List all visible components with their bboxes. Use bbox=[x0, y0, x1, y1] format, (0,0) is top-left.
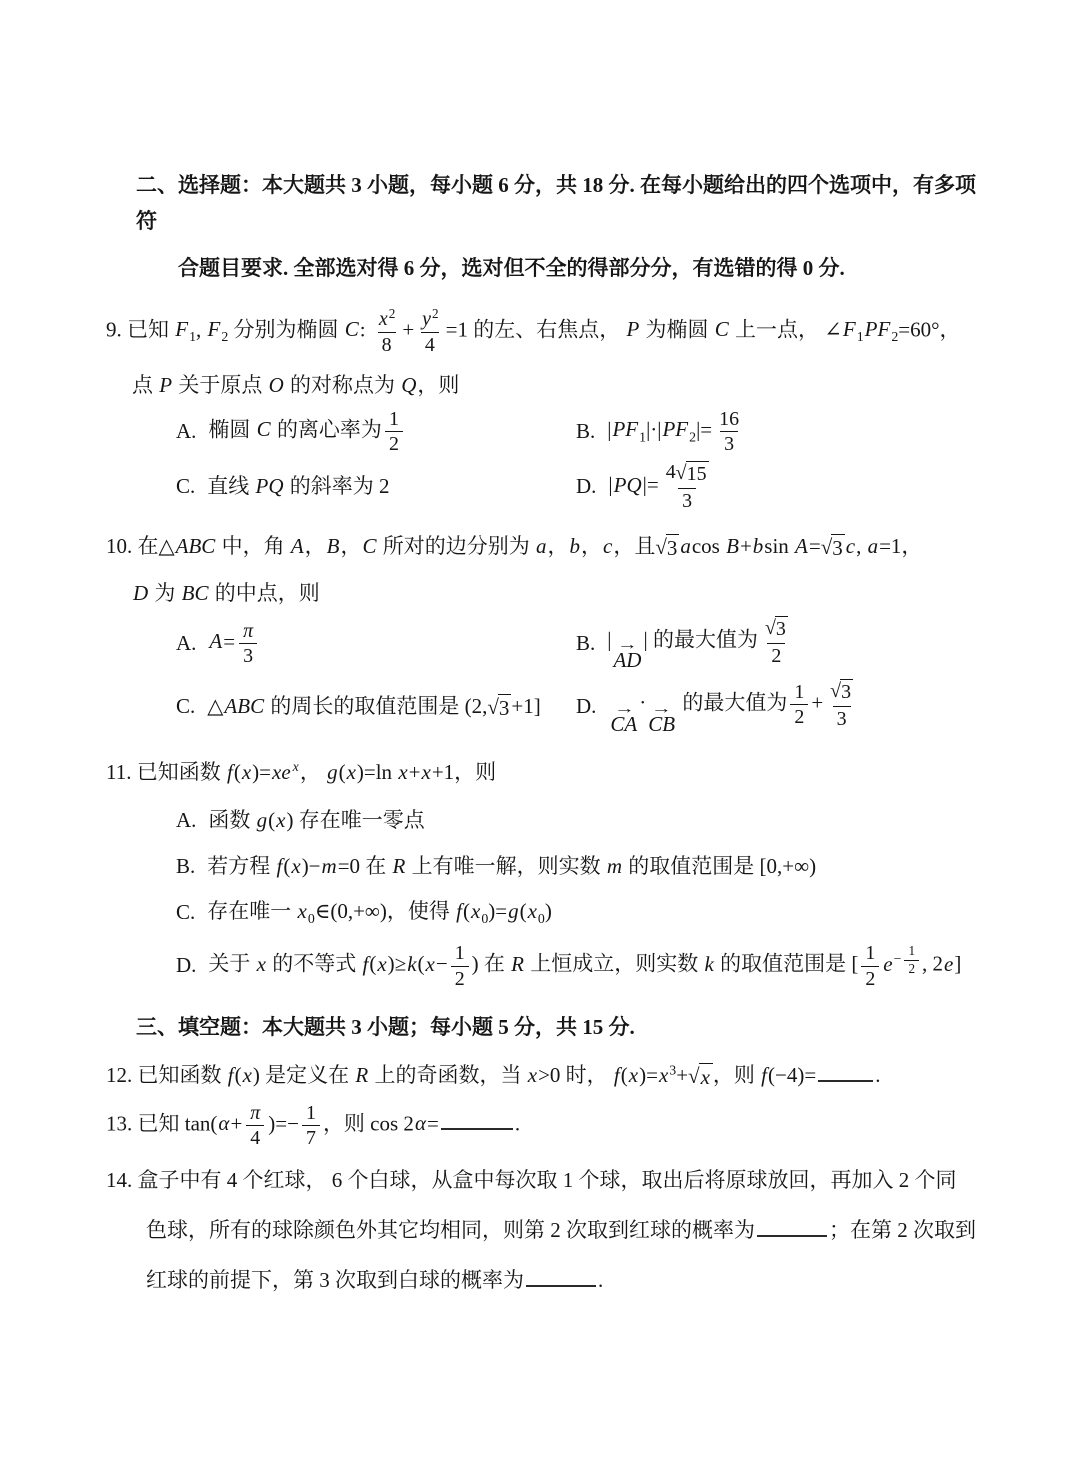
math-variable: f bbox=[613, 1063, 621, 1087]
sqrt: √3 bbox=[830, 679, 853, 705]
question-10-line-2: D 为 BC 的中点，则 bbox=[132, 576, 990, 612]
vector-arrow-icon: → bbox=[651, 705, 672, 714]
math-variable: x bbox=[346, 760, 357, 784]
vector-CB: →CB bbox=[648, 705, 675, 735]
math-variable: b bbox=[752, 534, 765, 558]
math-variable: ABC bbox=[223, 694, 265, 718]
fraction: √32 bbox=[761, 616, 792, 667]
superscript: 2 bbox=[432, 306, 439, 321]
math-variable: e bbox=[943, 952, 954, 976]
math-variable: A bbox=[290, 534, 305, 558]
math-variable: F bbox=[842, 317, 857, 341]
vector-AD: →AD bbox=[613, 641, 641, 671]
math-variable: B bbox=[326, 534, 341, 558]
math-variable: xe bbox=[271, 760, 292, 784]
fraction: 12 bbox=[385, 408, 403, 456]
math-variable: g bbox=[326, 760, 339, 784]
fraction: π4 bbox=[245, 1102, 265, 1150]
math-variable: x bbox=[397, 760, 408, 784]
question-9-line-1: 9. 已知 F1, F2 分别为椭圆 C: x28+y24=1 的左、右焦点， … bbox=[106, 307, 990, 356]
option-label: C. bbox=[176, 470, 195, 504]
math-variable: PQ bbox=[255, 474, 285, 498]
math-variable: a bbox=[679, 534, 692, 558]
math-variable: b bbox=[569, 534, 582, 558]
question-11-options-row-3: C.存在唯一 x0∈(0,+∞)，使得 f(x0)=g(x0) bbox=[176, 895, 990, 930]
math-variable: x bbox=[275, 808, 286, 832]
exam-page: 二、选择题：本大题共 3 小题，每小题 6 分，共 18 分. 在每小题给出的四… bbox=[0, 0, 1080, 1298]
math-variable: x bbox=[376, 952, 387, 976]
math-variable: PF bbox=[864, 317, 892, 341]
option-label: A. bbox=[176, 627, 196, 661]
vector-arrow-icon: → bbox=[614, 705, 635, 714]
fraction: 12 bbox=[790, 681, 808, 729]
option-11D: D.关于 x 的不等式 f(x)≥k(x−12) 在 R 上恒成立，则实数 k … bbox=[176, 942, 961, 990]
math-variable: R bbox=[354, 1063, 369, 1087]
sqrt: √3 bbox=[655, 534, 679, 561]
option-content: A=π3 bbox=[208, 620, 261, 668]
option-10C: C.△ABC 的周长的取值范围是 (2,√3+1] bbox=[176, 690, 576, 724]
math-variable: m bbox=[606, 854, 623, 878]
math-variable: x bbox=[297, 899, 308, 923]
option-label: B. bbox=[176, 850, 195, 884]
question-13: 13. 已知 tan(α+π4)=−17，则 cos 2α=. bbox=[106, 1102, 990, 1150]
option-content: 函数 g(x) 存在唯一零点 bbox=[208, 804, 424, 838]
option-content: 存在唯一 x0∈(0,+∞)，使得 f(x0)=g(x0) bbox=[207, 895, 552, 930]
fraction: 12 bbox=[451, 942, 469, 990]
option-content: 椭圆 C 的离心率为12 bbox=[208, 408, 405, 456]
option-content: 若方程 f(x)−m=0 在 R 上有唯一解，则实数 m 的取值范围是 [0,+… bbox=[207, 850, 816, 884]
fraction: 17 bbox=[302, 1102, 320, 1150]
option-content: |PQ|=4√153 bbox=[608, 461, 715, 512]
fraction: y24 bbox=[417, 307, 442, 356]
section-3-header: 三、填空题：本大题共 3 小题；每小题 5 分，共 15 分. bbox=[136, 1010, 990, 1046]
question-11-line-1: 11. 已知函数 f(x)=xex， g(x)=ln x+x+1，则 bbox=[106, 755, 990, 791]
math-variable: f bbox=[760, 1063, 768, 1087]
sqrt: √x bbox=[688, 1063, 713, 1090]
vector-arrow-icon: → bbox=[617, 641, 638, 650]
subscript: 1 bbox=[189, 329, 196, 344]
math-variable: A bbox=[208, 629, 223, 653]
math-variable: f bbox=[227, 1063, 235, 1087]
math-variable: P bbox=[158, 373, 173, 397]
option-label: D. bbox=[576, 470, 596, 504]
math-variable: c bbox=[602, 534, 613, 558]
math-variable: R bbox=[510, 952, 525, 976]
subscript: 2 bbox=[891, 329, 898, 344]
math-variable: x bbox=[292, 759, 300, 774]
option-9B: B.|PF1|·|PF2|=163 bbox=[576, 408, 746, 456]
option-10D: D.→CA·→CB 的最大值为12+√33 bbox=[576, 679, 860, 734]
question-11-options-row-4: D.关于 x 的不等式 f(x)≥k(x−12) 在 R 上恒成立，则实数 k … bbox=[176, 942, 990, 990]
question-9-options-row-2: C.直线 PQ 的斜率为 2D.|PQ|=4√153 bbox=[176, 461, 990, 512]
fraction: x28 bbox=[374, 307, 399, 356]
math-variable: x bbox=[290, 854, 301, 878]
fraction: 163 bbox=[715, 408, 743, 456]
question-10-options-row-2: C.△ABC 的周长的取值范围是 (2,√3+1]D.→CA·→CB 的最大值为… bbox=[176, 679, 990, 734]
option-label: C. bbox=[176, 690, 195, 724]
superscript: 2 bbox=[389, 306, 396, 321]
math-variable: P bbox=[625, 317, 640, 341]
math-variable: F bbox=[174, 317, 189, 341]
math-variable: C bbox=[344, 317, 360, 341]
subscript: 2 bbox=[689, 429, 696, 444]
question-14-line-3: 红球的前提下，第 3 次取到白球的概率为. bbox=[146, 1263, 990, 1299]
math-variable: D bbox=[132, 581, 149, 605]
subscript: 1 bbox=[639, 429, 646, 444]
sqrt: √3 bbox=[765, 616, 788, 642]
superscript: x bbox=[292, 759, 300, 774]
fraction: 4√153 bbox=[662, 461, 713, 512]
math-variable: x bbox=[242, 1063, 253, 1087]
math-variable: Q bbox=[400, 373, 417, 397]
option-label: C. bbox=[176, 896, 195, 930]
question-9-line-2: 点 P 关于原点 O 的对称点为 Q，则 bbox=[132, 368, 990, 404]
section-2-header-line-1: 二、选择题：本大题共 3 小题，每小题 6 分，共 18 分. 在每小题给出的四… bbox=[136, 168, 990, 239]
math-variable: m bbox=[321, 854, 338, 878]
math-variable: x bbox=[700, 1065, 711, 1089]
option-10A: A.A=π3 bbox=[176, 620, 576, 668]
question-9-options-row-1: A.椭圆 C 的离心率为12B.|PF1|·|PF2|=163 bbox=[176, 408, 990, 456]
question-10-options-row-1: A.A=π3B.|→AD| 的最大值为√32 bbox=[176, 616, 990, 671]
math-variable: e bbox=[882, 952, 893, 976]
question-10-line-1: 10. 在△ABC 中，角 A，B，C 所对的边分别为 a，b，c，且√3aco… bbox=[106, 529, 990, 565]
superscript: 3 bbox=[669, 1062, 676, 1077]
sqrt: √15 bbox=[676, 461, 709, 487]
math-variable: BC bbox=[181, 581, 210, 605]
math-variable: x bbox=[420, 760, 431, 784]
math-variable: x bbox=[378, 308, 389, 330]
math-variable: f bbox=[362, 952, 370, 976]
subscript: 2 bbox=[221, 329, 228, 344]
math-variable: x bbox=[256, 952, 267, 976]
option-label: B. bbox=[576, 627, 595, 661]
option-content: |→AD| 的最大值为√32 bbox=[607, 616, 795, 671]
math-variable: x bbox=[527, 899, 538, 923]
option-10B: B.|→AD| 的最大值为√32 bbox=[576, 616, 795, 671]
option-content: △ABC 的周长的取值范围是 (2,√3+1] bbox=[207, 690, 540, 724]
option-content: →CA·→CB 的最大值为12+√33 bbox=[608, 679, 860, 734]
fraction: √33 bbox=[826, 679, 857, 730]
math-variable: PF bbox=[611, 417, 639, 441]
math-variable: O bbox=[268, 373, 285, 397]
sqrt: √3 bbox=[821, 534, 845, 561]
question-14-line-2: 色球，所有的球除颜色外其它均相同，则第 2 次取到红球的概率为；在第 2 次取到 bbox=[146, 1213, 990, 1249]
option-label: A. bbox=[176, 804, 196, 838]
vector-CA: →CA bbox=[610, 705, 637, 735]
math-variable: c bbox=[845, 534, 856, 558]
option-label: D. bbox=[176, 949, 196, 983]
math-variable: f bbox=[276, 854, 284, 878]
subscript: 0 bbox=[481, 911, 488, 926]
math-variable: a bbox=[867, 534, 880, 558]
math-variable: α bbox=[414, 1111, 427, 1135]
option-11B: B.若方程 f(x)−m=0 在 R 上有唯一解，则实数 m 的取值范围是 [0… bbox=[176, 850, 816, 884]
math-variable: PQ bbox=[613, 473, 643, 497]
subscript: 0 bbox=[308, 911, 315, 926]
superscript: −12 bbox=[894, 951, 922, 966]
option-11A: A.函数 g(x) 存在唯一零点 bbox=[176, 804, 425, 838]
sqrt: √3 bbox=[487, 694, 511, 721]
answer-blank bbox=[818, 1059, 873, 1082]
answer-blank bbox=[757, 1214, 827, 1237]
option-label: B. bbox=[576, 415, 595, 449]
option-content: 关于 x 的不等式 f(x)≥k(x−12) 在 R 上恒成立，则实数 k 的取… bbox=[208, 942, 961, 990]
option-content: |PF1|·|PF2|=163 bbox=[607, 408, 746, 456]
option-label: A. bbox=[176, 415, 196, 449]
section-2-header-line-2: 合题目要求. 全部选对得 6 分，选对但不全的得部分分，有选错的得 0 分. bbox=[178, 251, 990, 287]
math-variable: k bbox=[704, 952, 715, 976]
fraction: 12 bbox=[904, 944, 919, 977]
answer-blank bbox=[526, 1264, 596, 1287]
fraction: π3 bbox=[238, 620, 258, 668]
question-12: 12. 已知函数 f(x) 是定义在 R 上的奇函数，当 x>0 时， f(x)… bbox=[106, 1058, 990, 1094]
math-variable: f bbox=[455, 899, 463, 923]
document-content: 二、选择题：本大题共 3 小题，每小题 6 分，共 18 分. 在每小题给出的四… bbox=[106, 168, 990, 1298]
question-14-line-1: 14. 盒子中有 4 个红球， 6 个白球，从盒中每次取 1 个球，取出后将原球… bbox=[106, 1163, 990, 1199]
math-variable: x bbox=[628, 1063, 639, 1087]
math-variable: f bbox=[226, 760, 234, 784]
math-variable: ABC bbox=[175, 534, 217, 558]
subscript: 1 bbox=[857, 329, 864, 344]
math-variable: C bbox=[714, 317, 730, 341]
fraction: 12 bbox=[861, 942, 879, 990]
question-11-options-row-1: A.函数 g(x) 存在唯一零点 bbox=[176, 804, 990, 838]
question-11-options-row-2: B.若方程 f(x)−m=0 在 R 上有唯一解，则实数 m 的取值范围是 [0… bbox=[176, 850, 990, 884]
option-9A: A.椭圆 C 的离心率为12 bbox=[176, 408, 576, 456]
math-variable: x bbox=[241, 760, 252, 784]
option-9C: C.直线 PQ 的斜率为 2 bbox=[176, 470, 576, 504]
math-variable: π bbox=[249, 1102, 261, 1124]
math-variable: C bbox=[361, 534, 377, 558]
math-variable: x bbox=[425, 952, 436, 976]
math-variable: g bbox=[256, 808, 269, 832]
math-variable: R bbox=[392, 854, 407, 878]
subscript: 0 bbox=[538, 911, 545, 926]
option-label: D. bbox=[576, 690, 596, 724]
math-variable: α bbox=[217, 1111, 230, 1135]
math-variable: C bbox=[256, 417, 272, 441]
math-variable: π bbox=[242, 620, 254, 642]
math-variable: y bbox=[421, 308, 432, 330]
math-variable: x bbox=[527, 1063, 538, 1087]
math-variable: a bbox=[535, 534, 548, 558]
math-variable: x bbox=[470, 899, 481, 923]
math-variable: F bbox=[207, 317, 222, 341]
math-variable: A bbox=[794, 534, 809, 558]
answer-blank bbox=[441, 1107, 513, 1130]
math-variable: k bbox=[406, 952, 417, 976]
math-variable: g bbox=[507, 899, 520, 923]
math-variable: x bbox=[658, 1063, 669, 1087]
math-variable: PF bbox=[661, 417, 689, 441]
option-content: 直线 PQ 的斜率为 2 bbox=[207, 470, 389, 504]
math-variable: B bbox=[725, 534, 740, 558]
option-11C: C.存在唯一 x0∈(0,+∞)，使得 f(x0)=g(x0) bbox=[176, 895, 552, 930]
option-9D: D.|PQ|=4√153 bbox=[576, 461, 716, 512]
